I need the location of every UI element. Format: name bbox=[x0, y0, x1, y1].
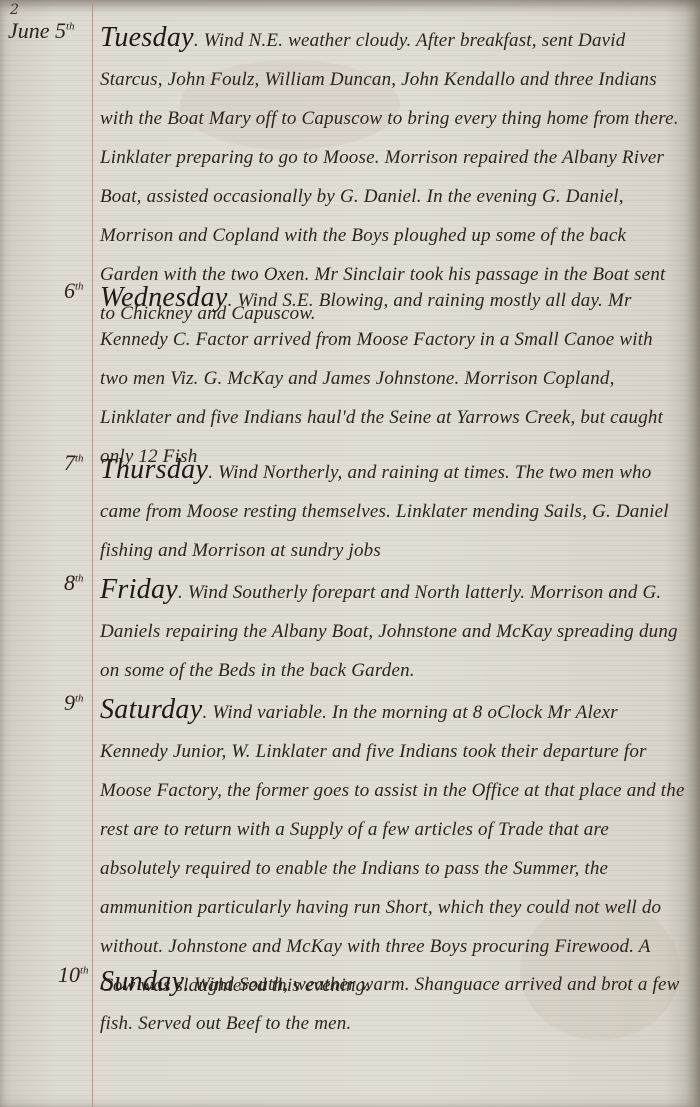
margin-rule bbox=[92, 0, 93, 1107]
page-number: 2 bbox=[10, 2, 19, 18]
day-name: Wednesday bbox=[100, 282, 228, 313]
entry-date: 7th bbox=[64, 450, 84, 476]
entry-text: Saturday. Wind variable. In the morning … bbox=[100, 690, 685, 1005]
entry-text: Sunday. Wind South, weather warm. Shangu… bbox=[100, 962, 685, 1043]
day-name: Thursday bbox=[100, 454, 208, 485]
day-name: Saturday bbox=[100, 694, 202, 725]
day-name: Sunday bbox=[100, 966, 184, 997]
entry-text: Friday. Wind Southerly forepart and Nort… bbox=[100, 570, 685, 690]
entry-text: Wednesday. Wind S.E. Blowing, and rainin… bbox=[100, 278, 685, 476]
day-name: Friday bbox=[100, 574, 178, 605]
entry-date: 9th bbox=[64, 690, 84, 716]
day-name: Tuesday bbox=[100, 22, 194, 53]
journal-page: 2 June 5th Tuesday. Wind N.E. weather cl… bbox=[0, 0, 700, 1107]
entry-date: June 5th bbox=[8, 18, 75, 44]
entry-date: 10th bbox=[58, 962, 89, 988]
entry-text: Thursday. Wind Northerly, and raining at… bbox=[100, 450, 685, 570]
entry-date: 8th bbox=[64, 570, 84, 596]
entry-date: 6th bbox=[64, 278, 84, 304]
